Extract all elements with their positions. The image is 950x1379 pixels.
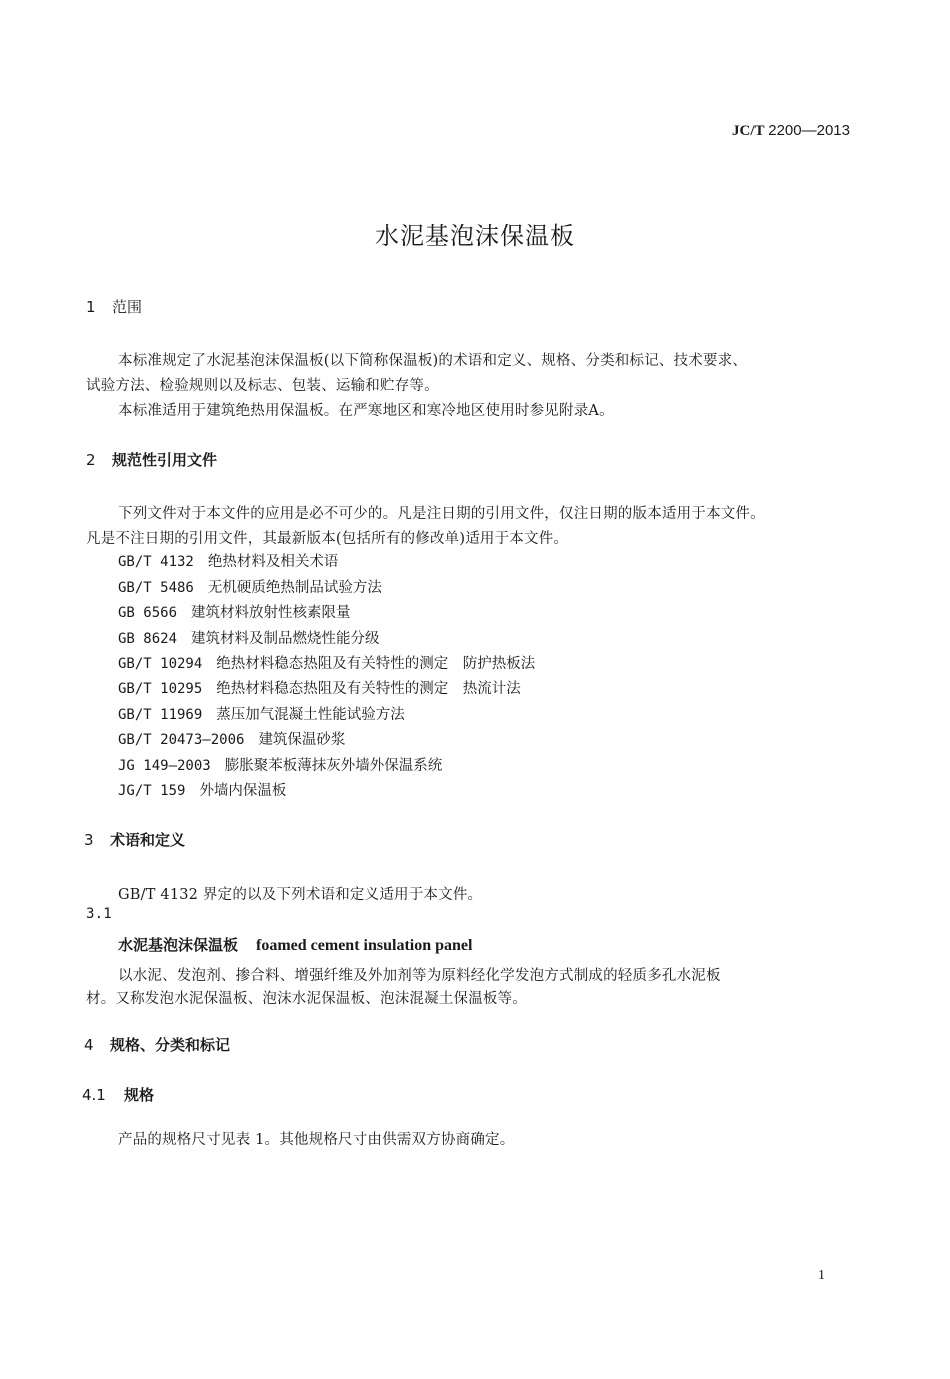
reference-code: GB 6566: [118, 605, 177, 621]
standard-code: JC/T 2200—2013: [732, 122, 850, 140]
paragraph: 凡是不注日期的引用文件，其最新版本(包括所有的修改单)适用于本文件。: [86, 527, 568, 548]
standard-prefix: JC/T: [732, 123, 765, 139]
reference-title: 膨胀聚苯板薄抹灰外墙外保温系统: [225, 758, 443, 774]
reference-item: GB/T 4132绝热材料及相关术语: [118, 550, 338, 571]
section-number: 4: [84, 1036, 110, 1054]
reference-item: GB/T 10294绝热材料稳态热阻及有关特性的测定 防护热板法: [118, 652, 535, 673]
reference-code: GB 8624: [118, 631, 177, 647]
section-number: 1: [86, 298, 112, 316]
term-chinese: 水泥基泡沫保温板: [118, 936, 238, 954]
reference-code: JG 149—2003: [118, 758, 211, 774]
section-heading-4: 4规格、分类和标记: [84, 1034, 230, 1055]
reference-item: GB/T 5486无机硬质绝热制品试验方法: [118, 576, 382, 597]
paragraph: 产品的规格尺寸见表 1。其他规格尺寸由供需双方协商确定。: [118, 1128, 514, 1149]
reference-title: 绝热材料及相关术语: [208, 554, 339, 570]
standard-number: 2200—2013: [768, 122, 850, 139]
paragraph: 下列文件对于本文件的应用是必不可少的。凡是注日期的引用文件，仅注日期的版本适用于…: [118, 502, 765, 523]
reference-item: GB/T 11969蒸压加气混凝土性能试验方法: [118, 703, 405, 724]
reference-code: GB/T 11969: [118, 707, 202, 723]
paragraph: 材。又称发泡水泥保温板、泡沫水泥保温板、泡沫混凝土保温板等。: [86, 987, 527, 1008]
term-number: 3.1: [86, 906, 112, 922]
reference-title: 外墙内保温板: [199, 783, 286, 799]
reference-item: GB/T 20473—2006建筑保温砂浆: [118, 728, 345, 749]
paragraph: 本标准规定了水泥基泡沫保温板(以下简称保温板)的术语和定义、规格、分类和标记、技…: [118, 349, 747, 370]
reference-item: JG/T 159外墙内保温板: [118, 779, 286, 800]
paragraph: GB/T 4132 界定的以及下列术语和定义适用于本文件。: [118, 883, 482, 904]
reference-code: GB/T 5486: [118, 580, 194, 596]
section-title: 术语和定义: [110, 831, 185, 849]
reference-item: GB 6566建筑材料放射性核素限量: [118, 601, 351, 622]
subsection-title: 规格: [124, 1086, 154, 1104]
term-heading: 水泥基泡沫保温板foamed cement insulation panel: [118, 934, 472, 955]
reference-code: GB/T 10295: [118, 681, 202, 697]
paragraph: 试验方法、检验规则以及标志、包装、运输和贮存等。: [86, 374, 439, 395]
section-number: 2: [86, 451, 112, 469]
reference-code: GB/T 10294: [118, 656, 202, 672]
reference-item: GB 8624建筑材料及制品燃烧性能分级: [118, 627, 380, 648]
section-number: 3: [84, 831, 110, 849]
reference-title: 建筑保温砂浆: [258, 732, 345, 748]
reference-title: 绝热材料稳态热阻及有关特性的测定 防护热板法: [216, 656, 535, 672]
reference-item: GB/T 10295绝热材料稳态热阻及有关特性的测定 热流计法: [118, 677, 521, 698]
page-number: 1: [818, 1268, 825, 1284]
term-english: foamed cement insulation panel: [256, 937, 472, 954]
reference-title: 建筑材料放射性核素限量: [191, 605, 351, 621]
document-title: 水泥基泡沫保温板: [0, 216, 950, 251]
reference-title: 无机硬质绝热制品试验方法: [208, 580, 382, 596]
reference-title: 建筑材料及制品燃烧性能分级: [191, 631, 380, 647]
section-title: 规范性引用文件: [112, 451, 217, 469]
reference-title: 绝热材料稳态热阻及有关特性的测定 热流计法: [216, 681, 521, 697]
section-title: 范围: [112, 298, 142, 316]
section-heading-3: 3术语和定义: [84, 829, 185, 850]
reference-item: JG 149—2003膨胀聚苯板薄抹灰外墙外保温系统: [118, 754, 442, 775]
reference-code: JG/T 159: [118, 783, 185, 799]
paragraph: 以水泥、发泡剂、掺合料、增强纤维及外加剂等为原料经化学发泡方式制成的轻质多孔水泥…: [118, 964, 721, 985]
section-heading-2: 2规范性引用文件: [86, 449, 217, 470]
reference-title: 蒸压加气混凝土性能试验方法: [216, 707, 405, 723]
subsection-heading-4-1: 4.1规格: [82, 1084, 154, 1105]
section-heading-1: 1范围: [86, 296, 142, 317]
subsection-number: 4.1: [82, 1086, 124, 1104]
reference-code: GB/T 20473—2006: [118, 732, 244, 748]
reference-code: GB/T 4132: [118, 554, 194, 570]
paragraph: 本标准适用于建筑绝热用保温板。在严寒地区和寒冷地区使用时参见附录A。: [118, 399, 614, 420]
section-title: 规格、分类和标记: [110, 1036, 230, 1054]
